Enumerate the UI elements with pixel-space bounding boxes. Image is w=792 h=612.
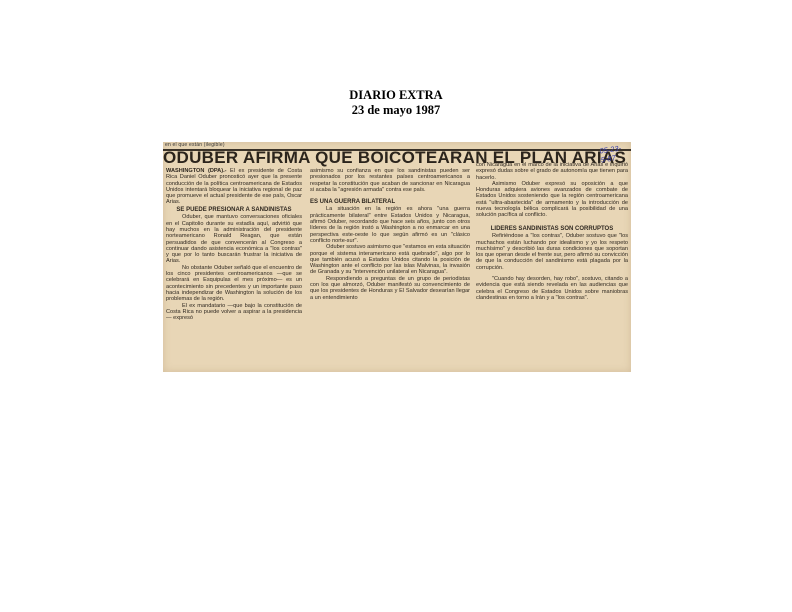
publication-date: 23 de mayo 1987 [0,103,792,118]
paragraph: Oduber, que mantuvo conversaciones ofici… [166,214,302,264]
paragraph: La situación en la región es ahora "una … [310,206,470,244]
subheading: ES UNA GUERRA BILATERAL [310,199,470,205]
article-column-2: asimismo su confianza en que los sandini… [310,168,470,301]
article-column-3: con Nicaragua en el marco de la iniciati… [476,162,628,301]
paragraph: Respondiendo a preguntas de un grupo de … [310,276,470,301]
newspaper-clipping: en el que están (ilegible) ODUBER AFIRMA… [163,142,631,372]
paragraph: El ex presidente de Costa Rica Daniel Od… [166,168,302,205]
paragraph: Oduber sostuvo asimismo que "estamos en … [310,244,470,275]
subheading: LIDERES SANDINISTAS SON CORRUPTOS [476,226,628,233]
paragraph: "Cuando hay desorden, hay robo", sostuvo… [476,276,628,301]
publication-name: DIARIO EXTRA [0,88,792,103]
paragraph: Refiriéndose a "los contras", Oduber sos… [476,233,628,271]
paragraph: Asimismo Oduber expresó su oposición a q… [476,181,628,219]
dateline: WASHINGTON (DPA).- [166,168,227,174]
paragraph: No obstante Oduber señaló que el encuent… [166,265,302,303]
paragraph: con Nicaragua en el marco de la iniciati… [476,162,628,181]
subheading: SE PUEDE PRESIONAR A SANDINISTAS [166,207,302,214]
paragraph: El ex mandatario —que bajo la constituci… [166,303,302,322]
page-header: DIARIO EXTRA 23 de mayo 1987 [0,88,792,118]
article-column-1: WASHINGTON (DPA).- El ex presidente de C… [166,168,302,321]
paragraph: asimismo su confianza en que los sandini… [310,168,470,193]
